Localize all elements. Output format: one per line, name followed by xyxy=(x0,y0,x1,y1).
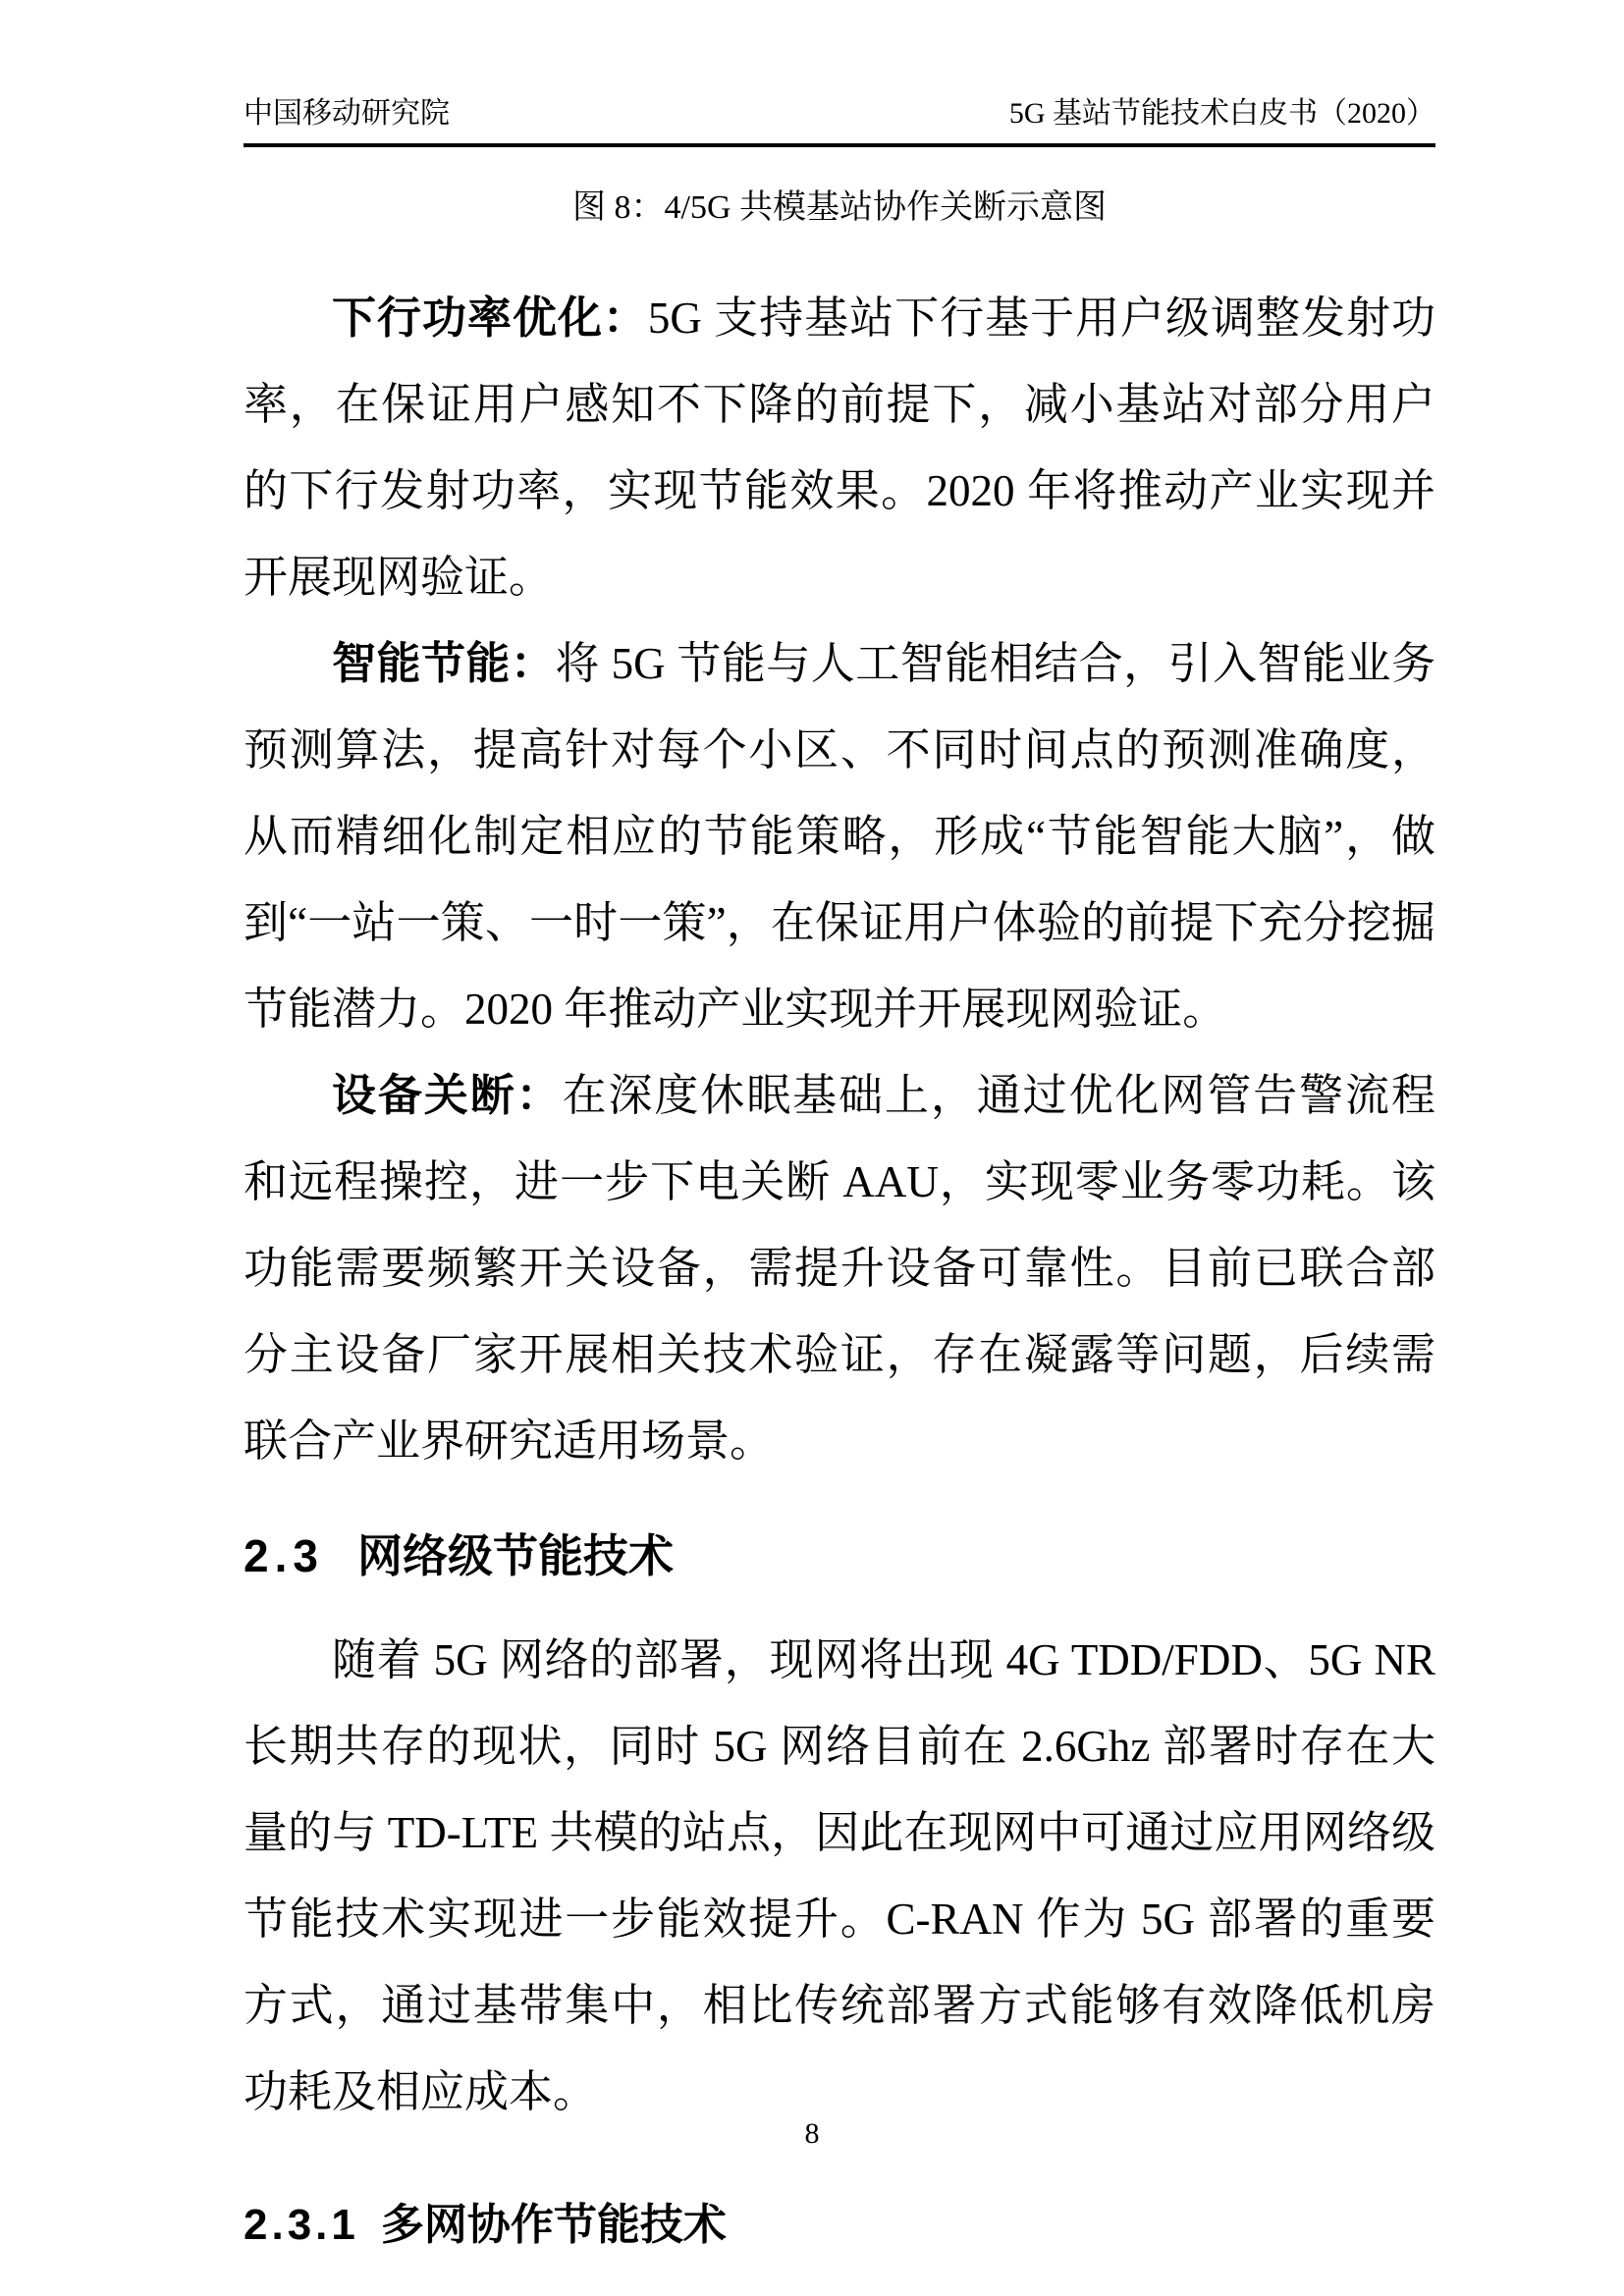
section-title: 网络级节能技术 xyxy=(357,1530,674,1581)
paragraph-text-network-level-intro: 随着 5G 网络的部署，现网将出现 4G TDD/FDD、5G NR 长期共存的… xyxy=(244,1635,1435,2116)
subsection-heading-2-3-1: 2.3.1多网协作节能技术 xyxy=(244,2200,1435,2252)
page-number: 8 xyxy=(0,2117,1624,2151)
paragraph-network-level-intro: 随着 5G 网络的部署，现网将出现 4G TDD/FDD、5G NR 长期共存的… xyxy=(244,1617,1435,2135)
subsection-number: 2.3.1 xyxy=(244,2201,359,2249)
page-header: 中国移动研究院 5G 基站节能技术白皮书（2020） xyxy=(244,96,1435,132)
paragraph-lead-smart-energy-saving: 智能节能： xyxy=(332,639,555,688)
header-right-title: 5G 基站节能技术白皮书（2020） xyxy=(1009,96,1435,132)
figure-caption: 图 8：4/5G 共模基站协作关断示意图 xyxy=(244,187,1435,230)
section-number: 2.3 xyxy=(244,1530,324,1581)
section-heading-2-3: 2.3网络级节能技术 xyxy=(244,1529,1435,1583)
paragraph-text-smart-energy-saving: 将 5G 节能与人工智能相结合，引入智能业务预测算法，提高针对每个小区、不同时间… xyxy=(244,639,1435,1034)
document-page: 中国移动研究院 5G 基站节能技术白皮书（2020） 图 8：4/5G 共模基站… xyxy=(0,0,1624,2296)
header-left-title: 中国移动研究院 xyxy=(244,96,450,132)
paragraph-smart-energy-saving: 智能节能：将 5G 节能与人工智能相结合，引入智能业务预测算法，提高针对每个小区… xyxy=(244,620,1435,1052)
paragraph-text-device-shutdown: 在深度休眠基础上，通过优化网管告警流程和远程操控，进一步下电关断 AAU，实现零… xyxy=(244,1071,1435,1466)
paragraph-device-shutdown: 设备关断：在深度休眠基础上，通过优化网管告警流程和远程操控，进一步下电关断 AA… xyxy=(244,1052,1435,1484)
paragraph-lead-device-shutdown: 设备关断： xyxy=(332,1071,563,1120)
paragraph-lead-downlink-power: 下行功率优化： xyxy=(332,294,648,343)
subsection-title: 多网协作节能技术 xyxy=(381,2201,727,2249)
paragraph-downlink-power-optimization: 下行功率优化：5G 支持基站下行基于用户级调整发射功率，在保证用户感知不下降的前… xyxy=(244,275,1435,620)
header-divider xyxy=(244,143,1435,147)
